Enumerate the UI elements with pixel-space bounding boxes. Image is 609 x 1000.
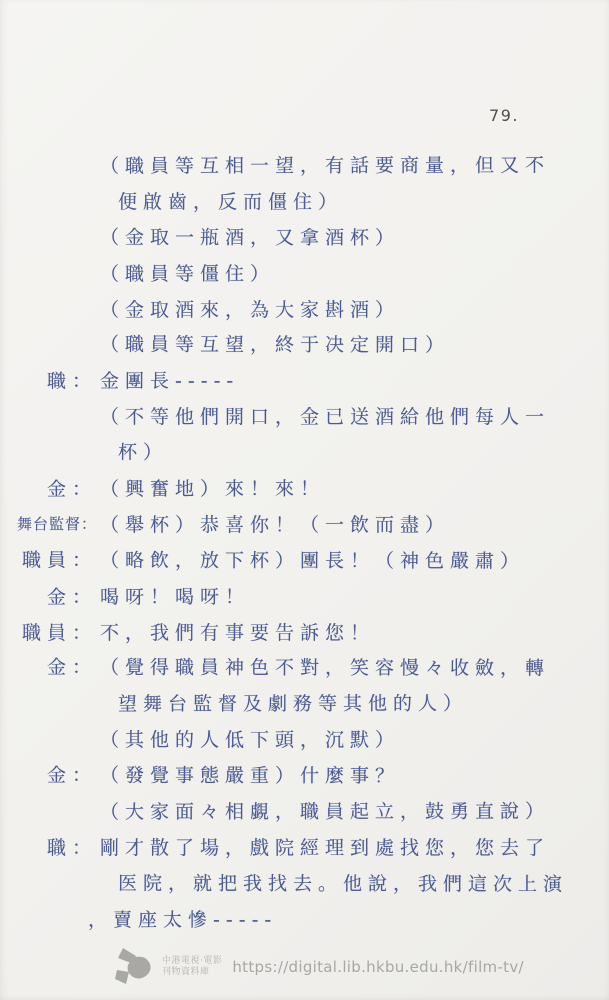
library-watermark: 中港電視·電影 刊物資料庫 https://digital.lib.hkbu.e… — [114, 946, 524, 988]
page-number: 79. — [489, 106, 519, 125]
line-text: （不等他們開口，金已送酒給他們每人一 — [97, 402, 550, 429]
script-line: （職員等互相一望，有話要商量，但又不 — [0, 150, 609, 187]
watermark-url: https://digital.lib.hkbu.edu.hk/film-tv/ — [232, 958, 524, 976]
script-line: 職員：不，我們有事要告訴您！ — [0, 618, 609, 654]
speaker-label: 職： — [0, 367, 97, 394]
line-text: 喝呀！喝呀！ — [97, 582, 250, 609]
line-text: （舉杯）恭喜你！（一飲而盡） — [97, 510, 450, 537]
library-name-line1: 中港電視·電影 — [162, 956, 222, 966]
script-line: 金：（發覺事態嚴重）什麼事？ — [0, 761, 609, 798]
script-line: 職員：（略飲，放下杯）團長！（神色嚴肅） — [0, 545, 609, 582]
film-spotlight-logo-icon — [114, 946, 156, 988]
line-text: （職員等僵住） — [97, 259, 275, 286]
line-text: 望舞台監督及劇務等其他的人） — [97, 689, 468, 717]
script-line: 医院，就把我找去。他說，我們這次上演 — [0, 868, 609, 905]
speaker-label: 職： — [0, 833, 97, 860]
script-line: （職員等僵住） — [0, 258, 609, 295]
script-line: 杯） — [0, 437, 609, 474]
speaker-label: 金： — [0, 761, 97, 788]
script-line: 舞台監督：（舉杯）恭喜你！（一飲而盡） — [0, 510, 609, 546]
script-line: （職員等互望，終于决定開口） — [0, 330, 609, 367]
script-line: 金：喝呀！喝呀！ — [0, 581, 609, 618]
script-line: 便啟齒，反而僵住） — [0, 187, 609, 223]
speaker-label: 職員： — [0, 618, 97, 645]
speaker-label: 金： — [0, 582, 97, 609]
line-text: （興奮地）來！來！ — [97, 474, 325, 501]
line-text: （大家面々相覷，職員起立，鼓勇直說） — [97, 797, 550, 825]
script-line: 望舞台監督及劇務等其他的人） — [0, 689, 609, 726]
line-text: （覺得職員神色不對，笑容慢々收斂，轉 — [97, 653, 550, 681]
line-text: 不，我們有事要告訴您！ — [97, 618, 375, 645]
line-text: （職員等互相一望，有話要商量，但又不 — [97, 151, 550, 179]
line-text: 便啟齒，反而僵住） — [97, 187, 343, 214]
speaker-label: 金： — [0, 653, 97, 680]
line-text: ，賣座太慘----- — [88, 905, 277, 932]
line-text: 金團長----- — [97, 366, 239, 393]
speaker-label: 舞台監督： — [0, 510, 97, 534]
library-name: 中港電視·電影 刊物資料庫 — [162, 956, 222, 979]
line-text: （金取酒來，為大家斟酒） — [97, 295, 400, 322]
script-line: （金取一瓶酒，又拿酒杯） — [0, 222, 609, 259]
scanned-script-page: 79. （職員等互相一望，有話要商量，但又不 便啟齒，反而僵住） （金取一瓶酒，… — [0, 0, 609, 1000]
script-line: （其他的人低下頭，沉默） — [0, 725, 609, 761]
script-line: ，賣座太慘----- — [0, 904, 609, 941]
script-line: 金：（興奮地）來！來！ — [0, 473, 609, 510]
line-text: 医院，就把我找去。他說，我們這次上演 — [97, 868, 568, 896]
library-name-line2: 刊物資料庫 — [162, 967, 210, 977]
script-line: 職：剛才散了場，戲院經理到處找您，您去了 — [0, 833, 609, 869]
script-line: （大家面々相覷，職員起立，鼓勇直說） — [0, 796, 609, 833]
speaker-label: 金： — [0, 474, 97, 501]
script-line: （金取酒來，為大家斟酒） — [0, 295, 609, 331]
line-text: （其他的人低下頭，沉默） — [97, 725, 400, 752]
line-text: 杯） — [97, 438, 168, 465]
line-text: （金取一瓶酒，又拿酒杯） — [97, 222, 400, 250]
script-line: （不等他們開口，金已送酒給他們每人一 — [0, 402, 609, 438]
script-line: 金：（覺得職員神色不對，笑容慢々收斂，轉 — [0, 653, 609, 690]
script-text-block: （職員等互相一望，有話要商量，但又不 便啟齒，反而僵住） （金取一瓶酒，又拿酒杯… — [0, 151, 609, 941]
line-text: （職員等互望，終于决定開口） — [97, 330, 450, 358]
script-line: 職：金團長----- — [0, 366, 609, 403]
speaker-label: 職員： — [0, 545, 97, 572]
line-text: 剛才散了場，戲院經理到處找您，您去了 — [97, 833, 550, 860]
line-text: （發覺事態嚴重）什麼事？ — [97, 761, 400, 789]
line-text: （略飲，放下杯）團長！（神色嚴肅） — [97, 545, 525, 573]
